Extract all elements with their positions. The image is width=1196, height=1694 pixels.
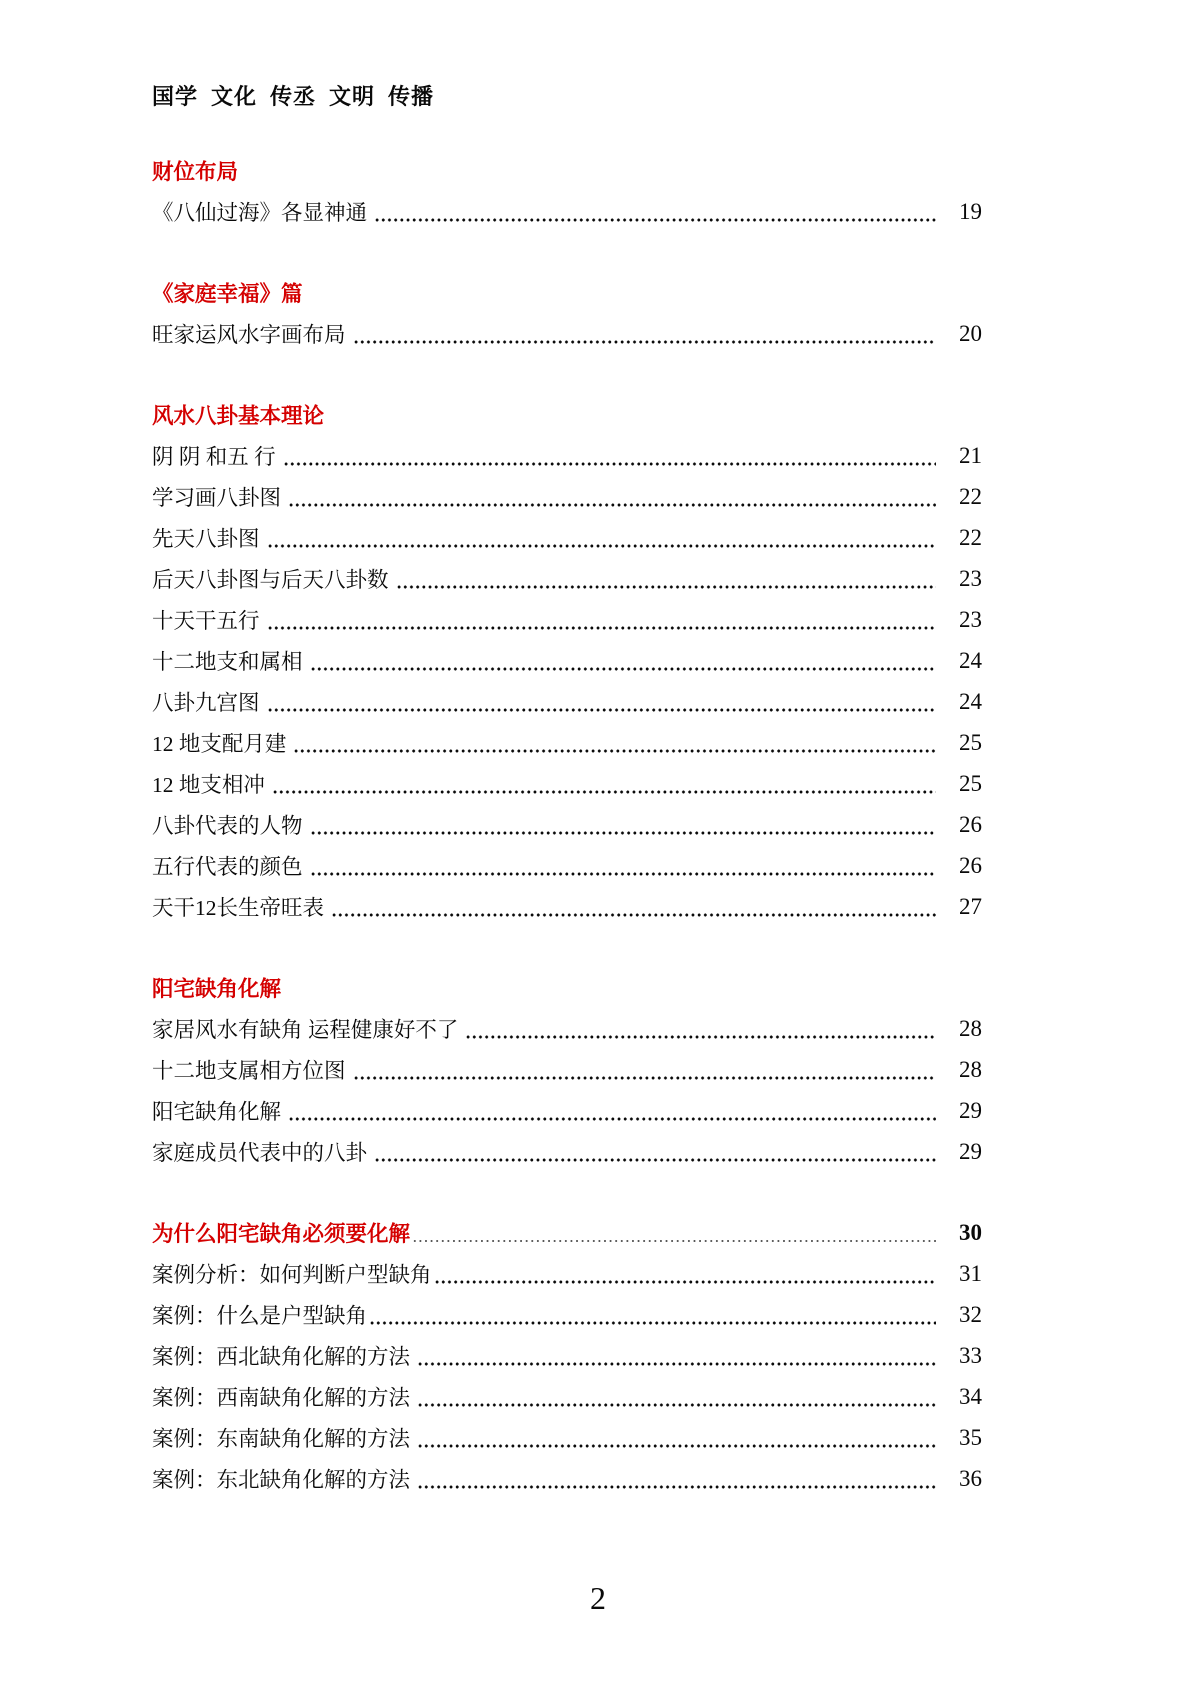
toc-entry-page: 35 xyxy=(936,1425,982,1451)
toc-entry-page: 28 xyxy=(936,1057,982,1083)
toc-entry[interactable]: 十天干五行 23 xyxy=(152,599,982,640)
leader-dots xyxy=(310,804,936,845)
toc-entry-page: 20 xyxy=(936,321,982,347)
leader-dots xyxy=(353,313,936,354)
toc-entry[interactable]: 十二地支属相方位图 28 xyxy=(152,1049,982,1090)
section-heading: 为什么阳宅缺角必须要化解 30 xyxy=(152,1212,982,1253)
section-items: 旺家运风水字画布局 20 xyxy=(152,313,982,354)
toc-entry[interactable]: 旺家运风水字画布局 20 xyxy=(152,313,982,354)
toc-entry[interactable]: 案例：什么是户型缺角 32 xyxy=(152,1294,982,1335)
section-heading-title: 《家庭幸福》篇 xyxy=(152,277,303,308)
toc-entry-page: 26 xyxy=(936,812,982,838)
toc-entry-title: 五行代表的颜色 xyxy=(152,850,303,881)
toc-section: 《家庭幸福》篇 旺家运风水字画布局 20 xyxy=(152,272,982,354)
section-heading-title: 风水八卦基本理论 xyxy=(152,399,324,430)
toc-entry-title: 12 地支相冲 xyxy=(152,768,265,799)
toc-entry[interactable]: 十二地支和属相 24 xyxy=(152,640,982,681)
toc-entry-title: 案例：东北缺角化解的方法 xyxy=(152,1463,410,1494)
toc-entry-page: 28 xyxy=(936,1016,982,1042)
toc-entry-title: 家居风水有缺角 运程健康好不了 xyxy=(152,1013,458,1044)
toc-entry-page: 22 xyxy=(936,484,982,510)
toc-entry-title: 天干12长生帝旺表 xyxy=(152,891,324,922)
leader-dots xyxy=(434,1253,936,1294)
toc-entry-page: 22 xyxy=(936,525,982,551)
document-header: 国学 文化 传丞 文明 传播 xyxy=(152,84,982,110)
toc-entry-page: 23 xyxy=(936,566,982,592)
toc-entry-page: 36 xyxy=(936,1466,982,1492)
toc-entry-title: 八卦代表的人物 xyxy=(152,809,303,840)
leader-dots xyxy=(310,845,936,886)
document-content: 国学 文化 传丞 文明 传播 财位布局 《八仙过海》各显神通 19 《家庭幸福》… xyxy=(152,84,982,1499)
section-heading: 阳宅缺角化解 xyxy=(152,967,982,1008)
toc-entry[interactable]: 先天八卦图 22 xyxy=(152,517,982,558)
toc-entry-title: 先天八卦图 xyxy=(152,522,260,553)
toc-entry[interactable]: 案例：西北缺角化解的方法 33 xyxy=(152,1335,982,1376)
toc-entry-title: 12 地支配月建 xyxy=(152,727,286,758)
toc-section: 财位布局 《八仙过海》各显神通 19 xyxy=(152,150,982,232)
toc-entry-page: 23 xyxy=(936,607,982,633)
toc-entry[interactable]: 天干12长生帝旺表 27 xyxy=(152,886,982,927)
section-items: 阴 阴 和五 行 21 学习画八卦图 22 先天八卦图 22 后天八卦图与后天八… xyxy=(152,435,982,927)
toc-entry-title: 阳宅缺角化解 xyxy=(152,1095,281,1126)
toc-entry-page: 29 xyxy=(936,1098,982,1124)
toc-section: 阳宅缺角化解 家居风水有缺角 运程健康好不了 28 十二地支属相方位图 28 阳… xyxy=(152,967,982,1172)
toc-entry-title: 后天八卦图与后天八卦数 xyxy=(152,563,389,594)
toc-entry[interactable]: 案例分析：如何判断户型缺角 31 xyxy=(152,1253,982,1294)
toc-entry-title: 案例分析：如何判断户型缺角 xyxy=(152,1258,432,1289)
toc-entry-title: 八卦九宫图 xyxy=(152,686,260,717)
toc-entry-page: 21 xyxy=(936,443,982,469)
toc-entry-page: 31 xyxy=(936,1261,982,1287)
toc: 财位布局 《八仙过海》各显神通 19 《家庭幸福》篇 旺家运风水字画布局 20 … xyxy=(152,150,982,1499)
section-items: 家居风水有缺角 运程健康好不了 28 十二地支属相方位图 28 阳宅缺角化解 2… xyxy=(152,1008,982,1172)
toc-entry-page: 32 xyxy=(936,1302,982,1328)
toc-entry[interactable]: 阴 阴 和五 行 21 xyxy=(152,435,982,476)
toc-entry-title: 十天干五行 xyxy=(152,604,260,635)
leader-dots xyxy=(288,476,936,517)
toc-entry[interactable]: 五行代表的颜色 26 xyxy=(152,845,982,886)
toc-entry-title: 十二地支属相方位图 xyxy=(152,1054,346,1085)
leader-dots xyxy=(412,1212,936,1253)
section-heading-title: 财位布局 xyxy=(152,155,238,186)
toc-entry-page: 25 xyxy=(936,771,982,797)
leader-dots xyxy=(417,1335,936,1376)
toc-entry[interactable]: 八卦九宫图 24 xyxy=(152,681,982,722)
leader-dots xyxy=(283,435,936,476)
toc-entry-title: 案例：西南缺角化解的方法 xyxy=(152,1381,410,1412)
toc-entry-title: 《八仙过海》各显神通 xyxy=(152,196,367,227)
leader-dots xyxy=(396,558,936,599)
toc-entry[interactable]: 后天八卦图与后天八卦数 23 xyxy=(152,558,982,599)
section-heading: 风水八卦基本理论 xyxy=(152,394,982,435)
toc-entry-title: 案例：东南缺角化解的方法 xyxy=(152,1422,410,1453)
toc-entry[interactable]: 12 地支相冲 25 xyxy=(152,763,982,804)
toc-entry-page: 34 xyxy=(936,1384,982,1410)
toc-entry-page: 33 xyxy=(936,1343,982,1369)
toc-entry[interactable]: 案例：西南缺角化解的方法 34 xyxy=(152,1376,982,1417)
section-heading: 财位布局 xyxy=(152,150,982,191)
leader-dots xyxy=(417,1458,936,1499)
toc-entry-page: 29 xyxy=(936,1139,982,1165)
leader-dots xyxy=(374,191,936,232)
toc-entry-page: 27 xyxy=(936,894,982,920)
section-heading-title: 阳宅缺角化解 xyxy=(152,972,281,1003)
toc-entry[interactable]: 家居风水有缺角 运程健康好不了 28 xyxy=(152,1008,982,1049)
section-heading-page: 30 xyxy=(936,1220,982,1246)
leader-dots xyxy=(369,1294,936,1335)
leader-dots xyxy=(267,681,936,722)
toc-entry-title: 学习画八卦图 xyxy=(152,481,281,512)
leader-dots xyxy=(353,1049,936,1090)
toc-entry[interactable]: 阳宅缺角化解 29 xyxy=(152,1090,982,1131)
leader-dots xyxy=(310,640,936,681)
toc-entry-title: 家庭成员代表中的八卦 xyxy=(152,1136,367,1167)
leader-dots xyxy=(288,1090,936,1131)
toc-entry[interactable]: 八卦代表的人物 26 xyxy=(152,804,982,845)
toc-entry[interactable]: 案例：东南缺角化解的方法 35 xyxy=(152,1417,982,1458)
toc-entry[interactable]: 《八仙过海》各显神通 19 xyxy=(152,191,982,232)
leader-dots xyxy=(331,886,936,927)
leader-dots xyxy=(267,599,936,640)
toc-entry-page: 24 xyxy=(936,689,982,715)
toc-entry-page: 19 xyxy=(936,199,982,225)
leader-dots xyxy=(272,763,936,804)
document-page: 国学 文化 传丞 文明 传播 财位布局 《八仙过海》各显神通 19 《家庭幸福》… xyxy=(0,0,1196,1694)
page-number: 2 xyxy=(0,1580,1196,1617)
toc-entry[interactable]: 12 地支配月建 25 xyxy=(152,722,982,763)
toc-entry-title: 案例：西北缺角化解的方法 xyxy=(152,1340,410,1371)
toc-entry-page: 26 xyxy=(936,853,982,879)
leader-dots xyxy=(374,1131,936,1172)
leader-dots xyxy=(417,1376,936,1417)
toc-section: 风水八卦基本理论 阴 阴 和五 行 21 学习画八卦图 22 先天八卦图 22 … xyxy=(152,394,982,927)
section-heading-title: 为什么阳宅缺角必须要化解 xyxy=(152,1217,410,1248)
toc-entry-page: 25 xyxy=(936,730,982,756)
leader-dots xyxy=(465,1008,936,1049)
toc-entry-title: 十二地支和属相 xyxy=(152,645,303,676)
toc-entry-title: 旺家运风水字画布局 xyxy=(152,318,346,349)
toc-entry-title: 阴 阴 和五 行 xyxy=(152,440,276,471)
toc-entry[interactable]: 学习画八卦图 22 xyxy=(152,476,982,517)
section-heading: 《家庭幸福》篇 xyxy=(152,272,982,313)
toc-entry-title: 案例：什么是户型缺角 xyxy=(152,1299,367,1330)
toc-entry-page: 24 xyxy=(936,648,982,674)
section-items: 《八仙过海》各显神通 19 xyxy=(152,191,982,232)
leader-dots xyxy=(267,517,936,558)
section-items: 案例分析：如何判断户型缺角 31 案例：什么是户型缺角 32 案例：西北缺角化解… xyxy=(152,1253,982,1499)
toc-entry[interactable]: 家庭成员代表中的八卦 29 xyxy=(152,1131,982,1172)
leader-dots xyxy=(293,722,936,763)
leader-dots xyxy=(417,1417,936,1458)
toc-entry[interactable]: 案例：东北缺角化解的方法 36 xyxy=(152,1458,982,1499)
toc-section: 为什么阳宅缺角必须要化解 30 案例分析：如何判断户型缺角 31 案例：什么是户… xyxy=(152,1212,982,1499)
